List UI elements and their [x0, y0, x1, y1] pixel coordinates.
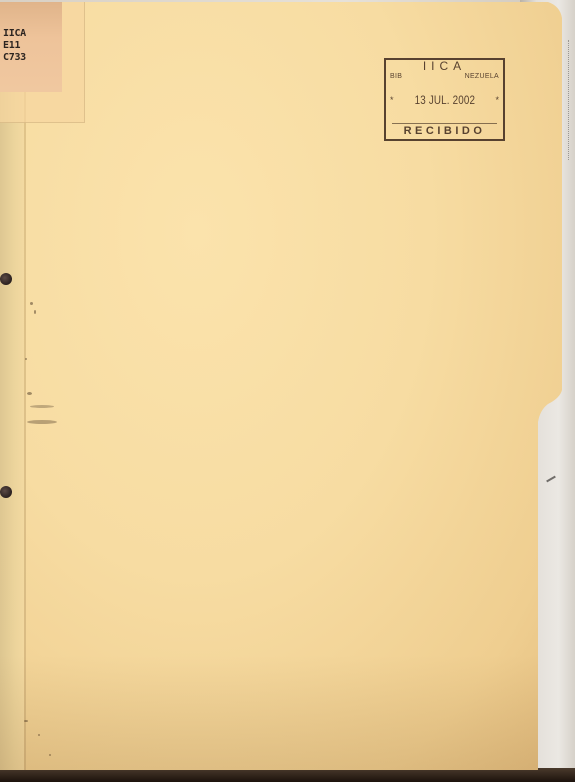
- speck: [49, 754, 51, 756]
- punch-hole-top: [0, 273, 12, 285]
- stamp-date-row: * 13 JUL. 2002 *: [390, 93, 499, 107]
- sheet-scratch: [546, 476, 556, 483]
- call-number: IICA E11 C733: [3, 28, 26, 64]
- call-number-line: IICA: [3, 28, 26, 40]
- stamp-organization: IICA: [386, 60, 503, 72]
- stamp-status: RECIBIDO: [386, 125, 503, 138]
- speck: [24, 720, 28, 722]
- folder-spine: [0, 2, 24, 770]
- speck: [38, 734, 40, 736]
- sheet-marks: [568, 40, 572, 160]
- stamp-date: 13 JUL. 2002: [414, 93, 475, 107]
- speck: [30, 302, 33, 305]
- call-number-label: IICA E11 C733: [0, 2, 62, 92]
- stamp-library-left: BIB: [390, 73, 402, 80]
- stamp-divider: [392, 123, 497, 124]
- punch-hole-bottom: [0, 486, 12, 498]
- speck: [25, 358, 27, 360]
- call-number-line: E11: [3, 40, 26, 52]
- fold-crease: [24, 2, 26, 770]
- stamp-library-right: NEZUELA: [465, 73, 499, 80]
- manila-folder: IICA E11 C733 IICA BIB NEZUELA * 13 JUL.…: [0, 2, 562, 770]
- label-backing: [0, 2, 85, 123]
- call-number-line: C733: [3, 52, 26, 64]
- speck: [27, 392, 32, 395]
- speck: [30, 405, 54, 408]
- received-stamp: IICA BIB NEZUELA * 13 JUL. 2002 * RECIBI…: [384, 58, 505, 141]
- speck: [27, 420, 57, 424]
- stamp-library-line: BIB NEZUELA: [390, 73, 499, 80]
- star-icon: *: [390, 96, 394, 105]
- speck: [34, 310, 36, 314]
- bottom-shadow: [0, 768, 575, 782]
- star-icon: *: [495, 96, 499, 105]
